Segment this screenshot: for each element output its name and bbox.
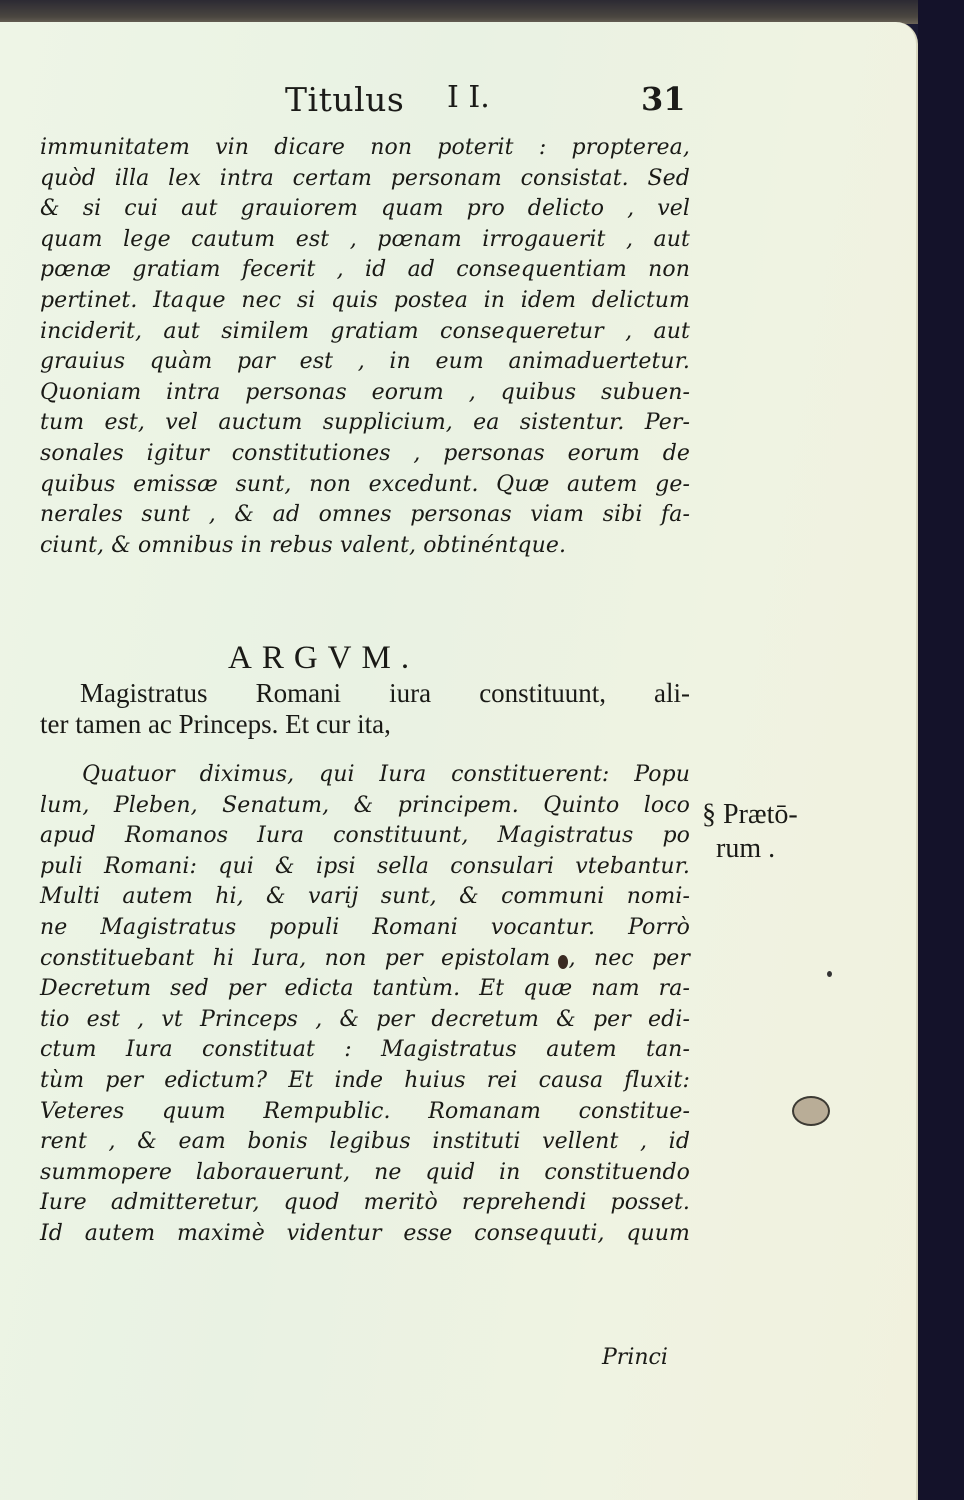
text-line: quibus emissæ sunt, non excedunt. Quæ au… (40, 470, 690, 501)
text-line: tùm per edictum? Et inde huius rei causa… (40, 1066, 690, 1097)
margin-note: § Prætō- rum . (702, 798, 798, 866)
text-line: Iure admitteretur, quod meritò reprehend… (40, 1188, 690, 1219)
text-line: rent , & eam bonis legibus instituti vel… (40, 1127, 690, 1158)
text-line: inciderit, aut similem gratiam consequer… (40, 317, 690, 348)
text-line: tio est , vt Princeps , & per decretum &… (40, 1005, 690, 1036)
text-line: Veteres quum Rempublic. Romanam constitu… (40, 1097, 690, 1128)
section-heading: ARGVM. (228, 640, 498, 677)
text-line: Multi autem hi, & varij sunt, & communi … (40, 882, 690, 913)
page-number: 31 (641, 80, 686, 118)
scan-top-edge (0, 0, 964, 24)
text-line: Quatuor diximus, qui Iura constituerent:… (40, 760, 690, 791)
text-line: pertinet. Itaque nec si quis postea in i… (40, 286, 690, 317)
text-line: Quoniam intra personas eorum , quibus su… (40, 378, 690, 409)
chapter-number: I I. (447, 80, 490, 115)
text-line: immunitatem vin dicare non poterit : pro… (40, 133, 690, 164)
text-line: ciunt, & omnibus in rebus valent, obtiné… (40, 531, 690, 562)
margin-note-line: § Prætō- (702, 798, 798, 832)
section-summary: Magistratus Romani iura constituunt, ali… (40, 678, 690, 740)
running-title: Titulus (285, 80, 404, 119)
page-header: Titulus I I. 31 (285, 80, 705, 124)
text-line: nerales sunt , & ad omnes personas viam … (40, 500, 690, 531)
text-line: sonales igitur constitutiones , personas… (40, 439, 690, 470)
text-line: grauius quàm par est , in eum animaduert… (40, 347, 690, 378)
summary-line: ter tamen ac Princeps. Et cur ita, (40, 709, 690, 740)
text-line: pœnæ gratiam fecerit , id ad consequenti… (40, 255, 690, 286)
margin-note-line: rum . (702, 832, 798, 866)
text-line: summopere laborauerunt, ne quid in const… (40, 1158, 690, 1189)
text-line: Id autem maximè videntur esse consequuti… (40, 1219, 690, 1250)
paper-stain (792, 1096, 830, 1126)
text-line: apud Romanos Iura constituunt, Magistrat… (40, 821, 690, 852)
scan-background (918, 0, 964, 1500)
catchword: Princi (602, 1345, 668, 1370)
text-line: puli Romani: qui & ipsi sella consulari … (40, 852, 690, 883)
text-line: ne Magistratus populi Romani vocantur. P… (40, 913, 690, 944)
ink-blot (558, 955, 568, 969)
text-line: & si cui aut grauiorem quam pro delicto … (40, 194, 690, 225)
text-line: constituebant hi Iura, non per epistolam… (40, 944, 690, 975)
text-line: lum, Pleben, Senatum, & principem. Quint… (40, 791, 690, 822)
text-line: quòd illa lex intra certam personam cons… (40, 164, 690, 195)
text-line: quam lege cautum est , pœnam irrogauerit… (40, 225, 690, 256)
summary-line: Magistratus Romani iura constituunt, ali… (40, 678, 690, 709)
body-text-top: immunitatem vin dicare non poterit : pro… (40, 133, 690, 561)
body-text-bottom: Quatuor diximus, qui Iura constituerent:… (40, 760, 690, 1250)
ink-speck (827, 971, 832, 977)
text-line: ctum Iura constituat : Magistratus autem… (40, 1035, 690, 1066)
text-line: tum est, vel auctum supplicium, ea siste… (40, 408, 690, 439)
text-line: Decretum sed per edicta tantùm. Et quæ n… (40, 974, 690, 1005)
